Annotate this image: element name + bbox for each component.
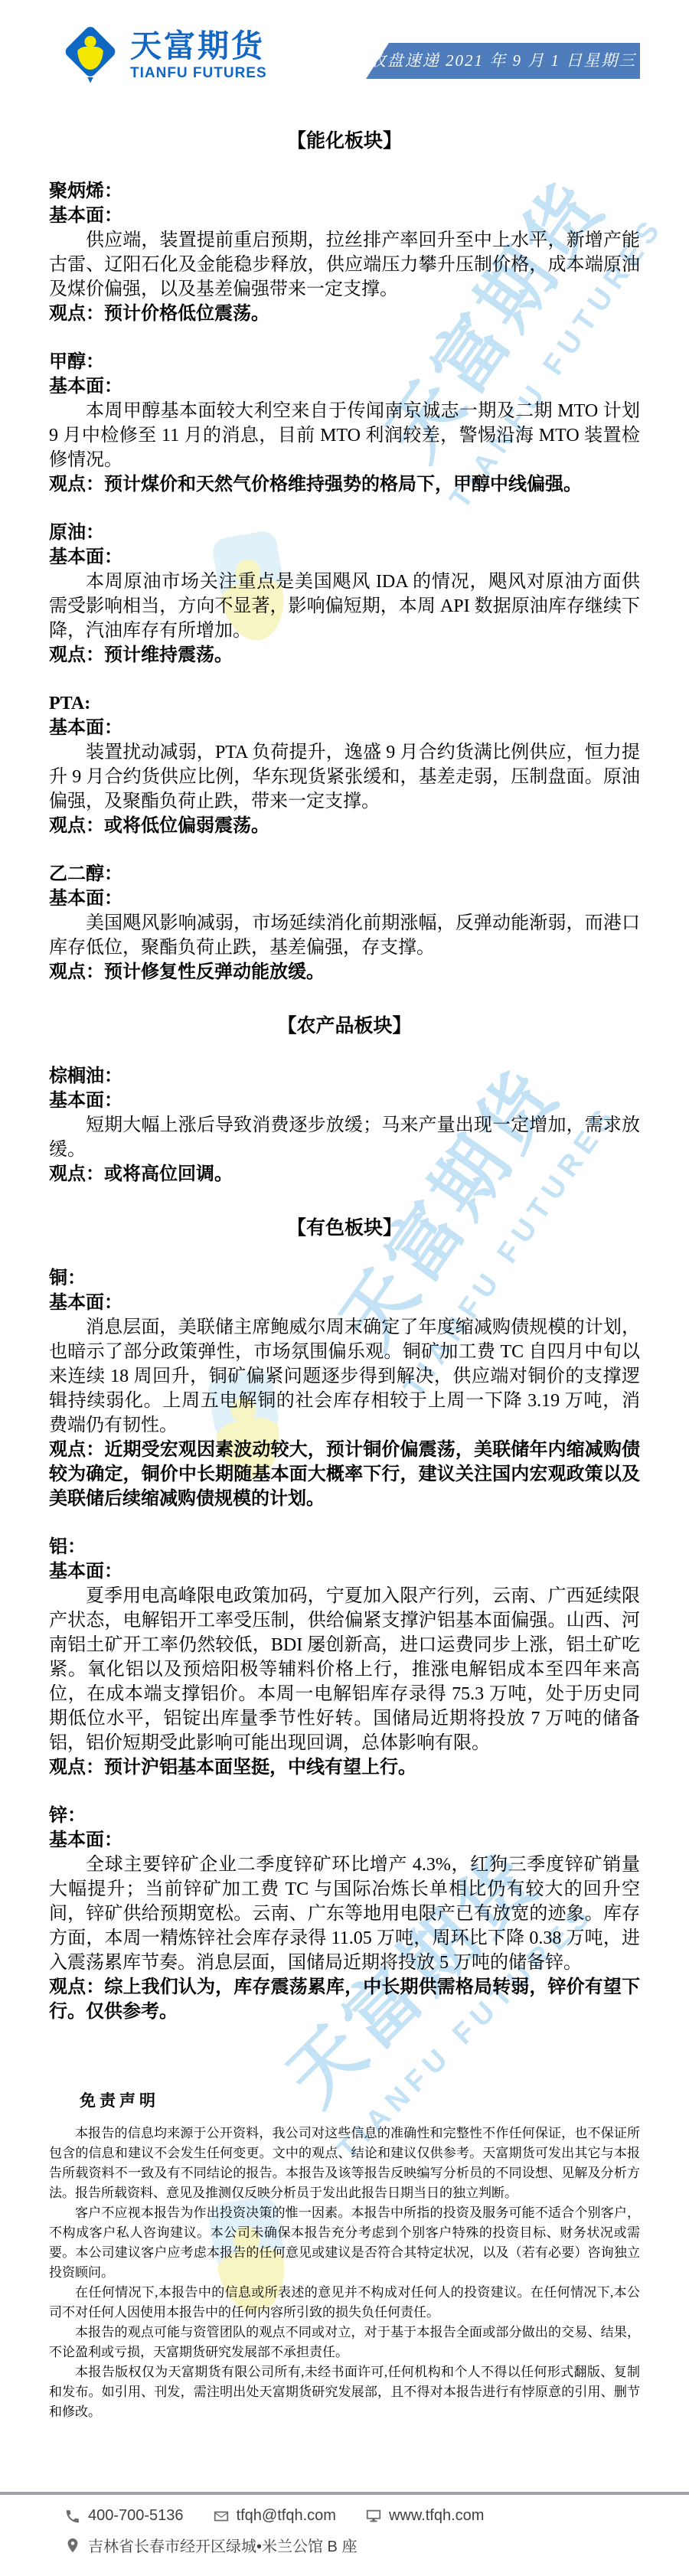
company-logo-text: 天富期货 TIANFU FUTURES <box>130 29 267 82</box>
product-name: 铜： <box>49 1266 640 1291</box>
footer-phone-text: 400-700-5136 <box>88 2507 184 2525</box>
fundamentals-text: 装置扰动减弱，PTA 负荷提升，逸盛 9 月合约货满比例供应，恒力提升 9 月合… <box>49 740 640 814</box>
fundamentals-label: 基本面： <box>49 204 640 228</box>
company-name-cn: 天富期货 <box>130 29 267 63</box>
footer-phone: 400-700-5136 <box>64 2507 184 2525</box>
footer-website: www.tfqh.com <box>365 2507 484 2525</box>
product-name: 棕榈油： <box>49 1064 640 1089</box>
footer-address-text: 吉林省长春市经开区绿城•米兰公馆 B 座 <box>88 2534 357 2556</box>
phone-icon <box>64 2508 81 2525</box>
website-icon <box>365 2508 382 2525</box>
disclaimer-section: 免责声明 本报告的信息均来源于公开资料，我公司对这些信息的准确性和完整性不作任何… <box>0 2088 689 2422</box>
fundamentals-label: 基本面： <box>49 1089 640 1113</box>
fundamentals-label: 基本面： <box>49 1559 640 1584</box>
footer-email-text: tfqh@tfqh.com <box>237 2507 336 2525</box>
product-block: PTA:基本面：装置扰动减弱，PTA 负荷提升，逸盛 9 月合约货满比例供应，恒… <box>49 691 640 838</box>
section-title: 【能化板块】 <box>49 126 640 153</box>
email-icon <box>213 2508 230 2525</box>
footer-contacts: 400-700-5136 tfqh@tfqh.com www.tfqh.com <box>0 2495 689 2556</box>
report-header: 天富期货 TIANFU FUTURES 收盘速递 2021 年 9 月 1 日星… <box>0 0 689 100</box>
product-name: 锌： <box>49 1804 640 1828</box>
viewpoint-text: 观点：或将高位回调。 <box>49 1162 640 1187</box>
disclaimer-title: 免责声明 <box>80 2088 640 2111</box>
disclaimer-paragraph: 客户不应视本报告为作出投资决策的惟一因素。本报告中所指的投资及服务可能不适合个别… <box>49 2203 640 2283</box>
report-main: 【能化板块】聚炳烯：基本面：供应端，装置提前重启预期，拉丝排产率回升至中上水平，… <box>0 126 689 2024</box>
company-logo-icon <box>61 23 119 87</box>
disclaimer-paragraph: 本报告版权仅为天富期货有限公司所有,未经书面许可,任何机构和个人不得以任何形式翻… <box>49 2362 640 2422</box>
company-logo: 天富期货 TIANFU FUTURES <box>61 23 267 87</box>
footer-email: tfqh@tfqh.com <box>213 2507 336 2525</box>
product-block: 聚炳烯：基本面：供应端，装置提前重启预期，拉丝排产率回升至中上水平，新增产能古雷… <box>49 179 640 326</box>
company-name-en: TIANFU FUTURES <box>130 65 267 82</box>
fundamentals-label: 基本面： <box>49 1828 640 1853</box>
fundamentals-text: 本周原油市场关注重点是美国飓风 IDA 的情况，飓风对原油方面供需受影响相当，方… <box>49 570 640 643</box>
disclaimer-paragraph: 在任何情况下,本报告中的信息或所表述的意见并不构成对任何人的投资建议。在任何情况… <box>49 2283 640 2323</box>
product-name: 聚炳烯： <box>49 179 640 204</box>
product-block: 锌：基本面：全球主要锌矿企业二季度锌矿环比增产 4.3%，红狗三季度锌矿销量大幅… <box>49 1804 640 2024</box>
product-name: 甲醇： <box>49 350 640 374</box>
disclaimer-paragraph: 本报告的观点可能与资管团队的观点不同或对立，对于基于本报告全面或部分做出的交易、… <box>49 2323 640 2362</box>
disclaimer-paragraph: 本报告的信息均来源于公开资料，我公司对这些信息的准确性和完整性不作任何保证，也不… <box>49 2124 640 2203</box>
viewpoint-text: 观点：综上我们认为，库存震荡累库，中长期供需格局转弱，锌价有望下行。仅供参考。 <box>49 1975 640 2024</box>
viewpoint-text: 观点：预计维持震荡。 <box>49 643 640 668</box>
fundamentals-text: 全球主要锌矿企业二季度锌矿环比增产 4.3%，红狗三季度锌矿销量大幅提升；当前锌… <box>49 1853 640 1975</box>
footer-website-text: www.tfqh.com <box>389 2507 484 2525</box>
report-title-text: 收盘速递 2021 年 9 月 1 日星期三 <box>370 51 637 70</box>
disclaimer-paragraphs: 本报告的信息均来源于公开资料，我公司对这些信息的准确性和完整性不作任何保证，也不… <box>49 2124 640 2422</box>
product-block: 铝：基本面：夏季用电高峰限电政策加码，宁夏加入限产行列，云南、广西延续限产状态，… <box>49 1535 640 1780</box>
product-name: PTA: <box>49 691 640 716</box>
product-block: 原油：基本面：本周原油市场关注重点是美国飓风 IDA 的情况，飓风对原油方面供需… <box>49 521 640 668</box>
viewpoint-text: 观点：近期受宏观因素波动较大，预计铜价偏震荡，美联储年内缩减购债较为确定，铜价中… <box>49 1438 640 1511</box>
fundamentals-label: 基本面： <box>49 374 640 399</box>
report-title-banner: 收盘速递 2021 年 9 月 1 日星期三 <box>366 43 640 79</box>
product-block: 乙二醇：基本面：美国飓风影响减弱，市场延续消化前期涨幅，反弹动能渐弱，而港口库存… <box>49 862 640 984</box>
fundamentals-label: 基本面： <box>49 1291 640 1315</box>
fundamentals-label: 基本面： <box>49 545 640 570</box>
section-title: 【有色板块】 <box>49 1213 640 1240</box>
footer-row-2: 吉林省长春市经开区绿城•米兰公馆 B 座 <box>64 2534 689 2556</box>
fundamentals-text: 美国飓风影响减弱，市场延续消化前期涨幅，反弹动能渐弱，而港口库存低位，聚酯负荷止… <box>49 911 640 960</box>
section-title: 【农产品板块】 <box>49 1010 640 1038</box>
report-page: 天富期货 TIANFU FUTURES 天富期货 TIANFU FUTURES … <box>0 0 689 2576</box>
product-block: 铜：基本面：消息层面，美联储主席鲍威尔周末确定了年度缩减购债规模的计划，也暗示了… <box>49 1266 640 1511</box>
product-name: 铝： <box>49 1535 640 1559</box>
fundamentals-label: 基本面： <box>49 886 640 911</box>
location-icon <box>64 2537 81 2554</box>
footer-row-1: 400-700-5136 tfqh@tfqh.com www.tfqh.com <box>64 2507 689 2525</box>
product-block: 甲醇：基本面：本周甲醇基本面较大利空来自于传闻南京诚志一期及二期 MTO 计划 … <box>49 350 640 497</box>
report-footer: 400-700-5136 tfqh@tfqh.com www.tfqh.com <box>0 2492 689 2576</box>
product-block: 棕榈油：基本面：短期大幅上涨后导致消费逐步放缓；马来产量出现一定增加，需求放缓。… <box>49 1064 640 1187</box>
viewpoint-text: 观点：或将低位偏弱震荡。 <box>49 814 640 838</box>
fundamentals-text: 本周甲醇基本面较大利空来自于传闻南京诚志一期及二期 MTO 计划 9 月中检修至… <box>49 399 640 472</box>
product-name: 乙二醇： <box>49 862 640 886</box>
fundamentals-text: 消息层面，美联储主席鲍威尔周末确定了年度缩减购债规模的计划，也暗示了部分政策弹性… <box>49 1315 640 1438</box>
fundamentals-text: 供应端，装置提前重启预期，拉丝排产率回升至中上水平，新增产能古雷、辽阳石化及金能… <box>49 228 640 302</box>
viewpoint-text: 观点：预计修复性反弹动能放缓。 <box>49 960 640 984</box>
viewpoint-text: 观点：预计价格低位震荡。 <box>49 302 640 326</box>
fundamentals-text: 短期大幅上涨后导致消费逐步放缓；马来产量出现一定增加，需求放缓。 <box>49 1113 640 1162</box>
product-name: 原油： <box>49 521 640 545</box>
fundamentals-label: 基本面： <box>49 716 640 740</box>
fundamentals-text: 夏季用电高峰限电政策加码，宁夏加入限产行列，云南、广西延续限产状态，电解铝开工率… <box>49 1584 640 1755</box>
viewpoint-text: 观点：预计沪铝基本面坚挺，中线有望上行。 <box>49 1755 640 1780</box>
viewpoint-text: 观点：预计煤价和天然气价格维持强势的格局下，甲醇中线偏强。 <box>49 472 640 497</box>
footer-address: 吉林省长春市经开区绿城•米兰公馆 B 座 <box>64 2534 357 2556</box>
